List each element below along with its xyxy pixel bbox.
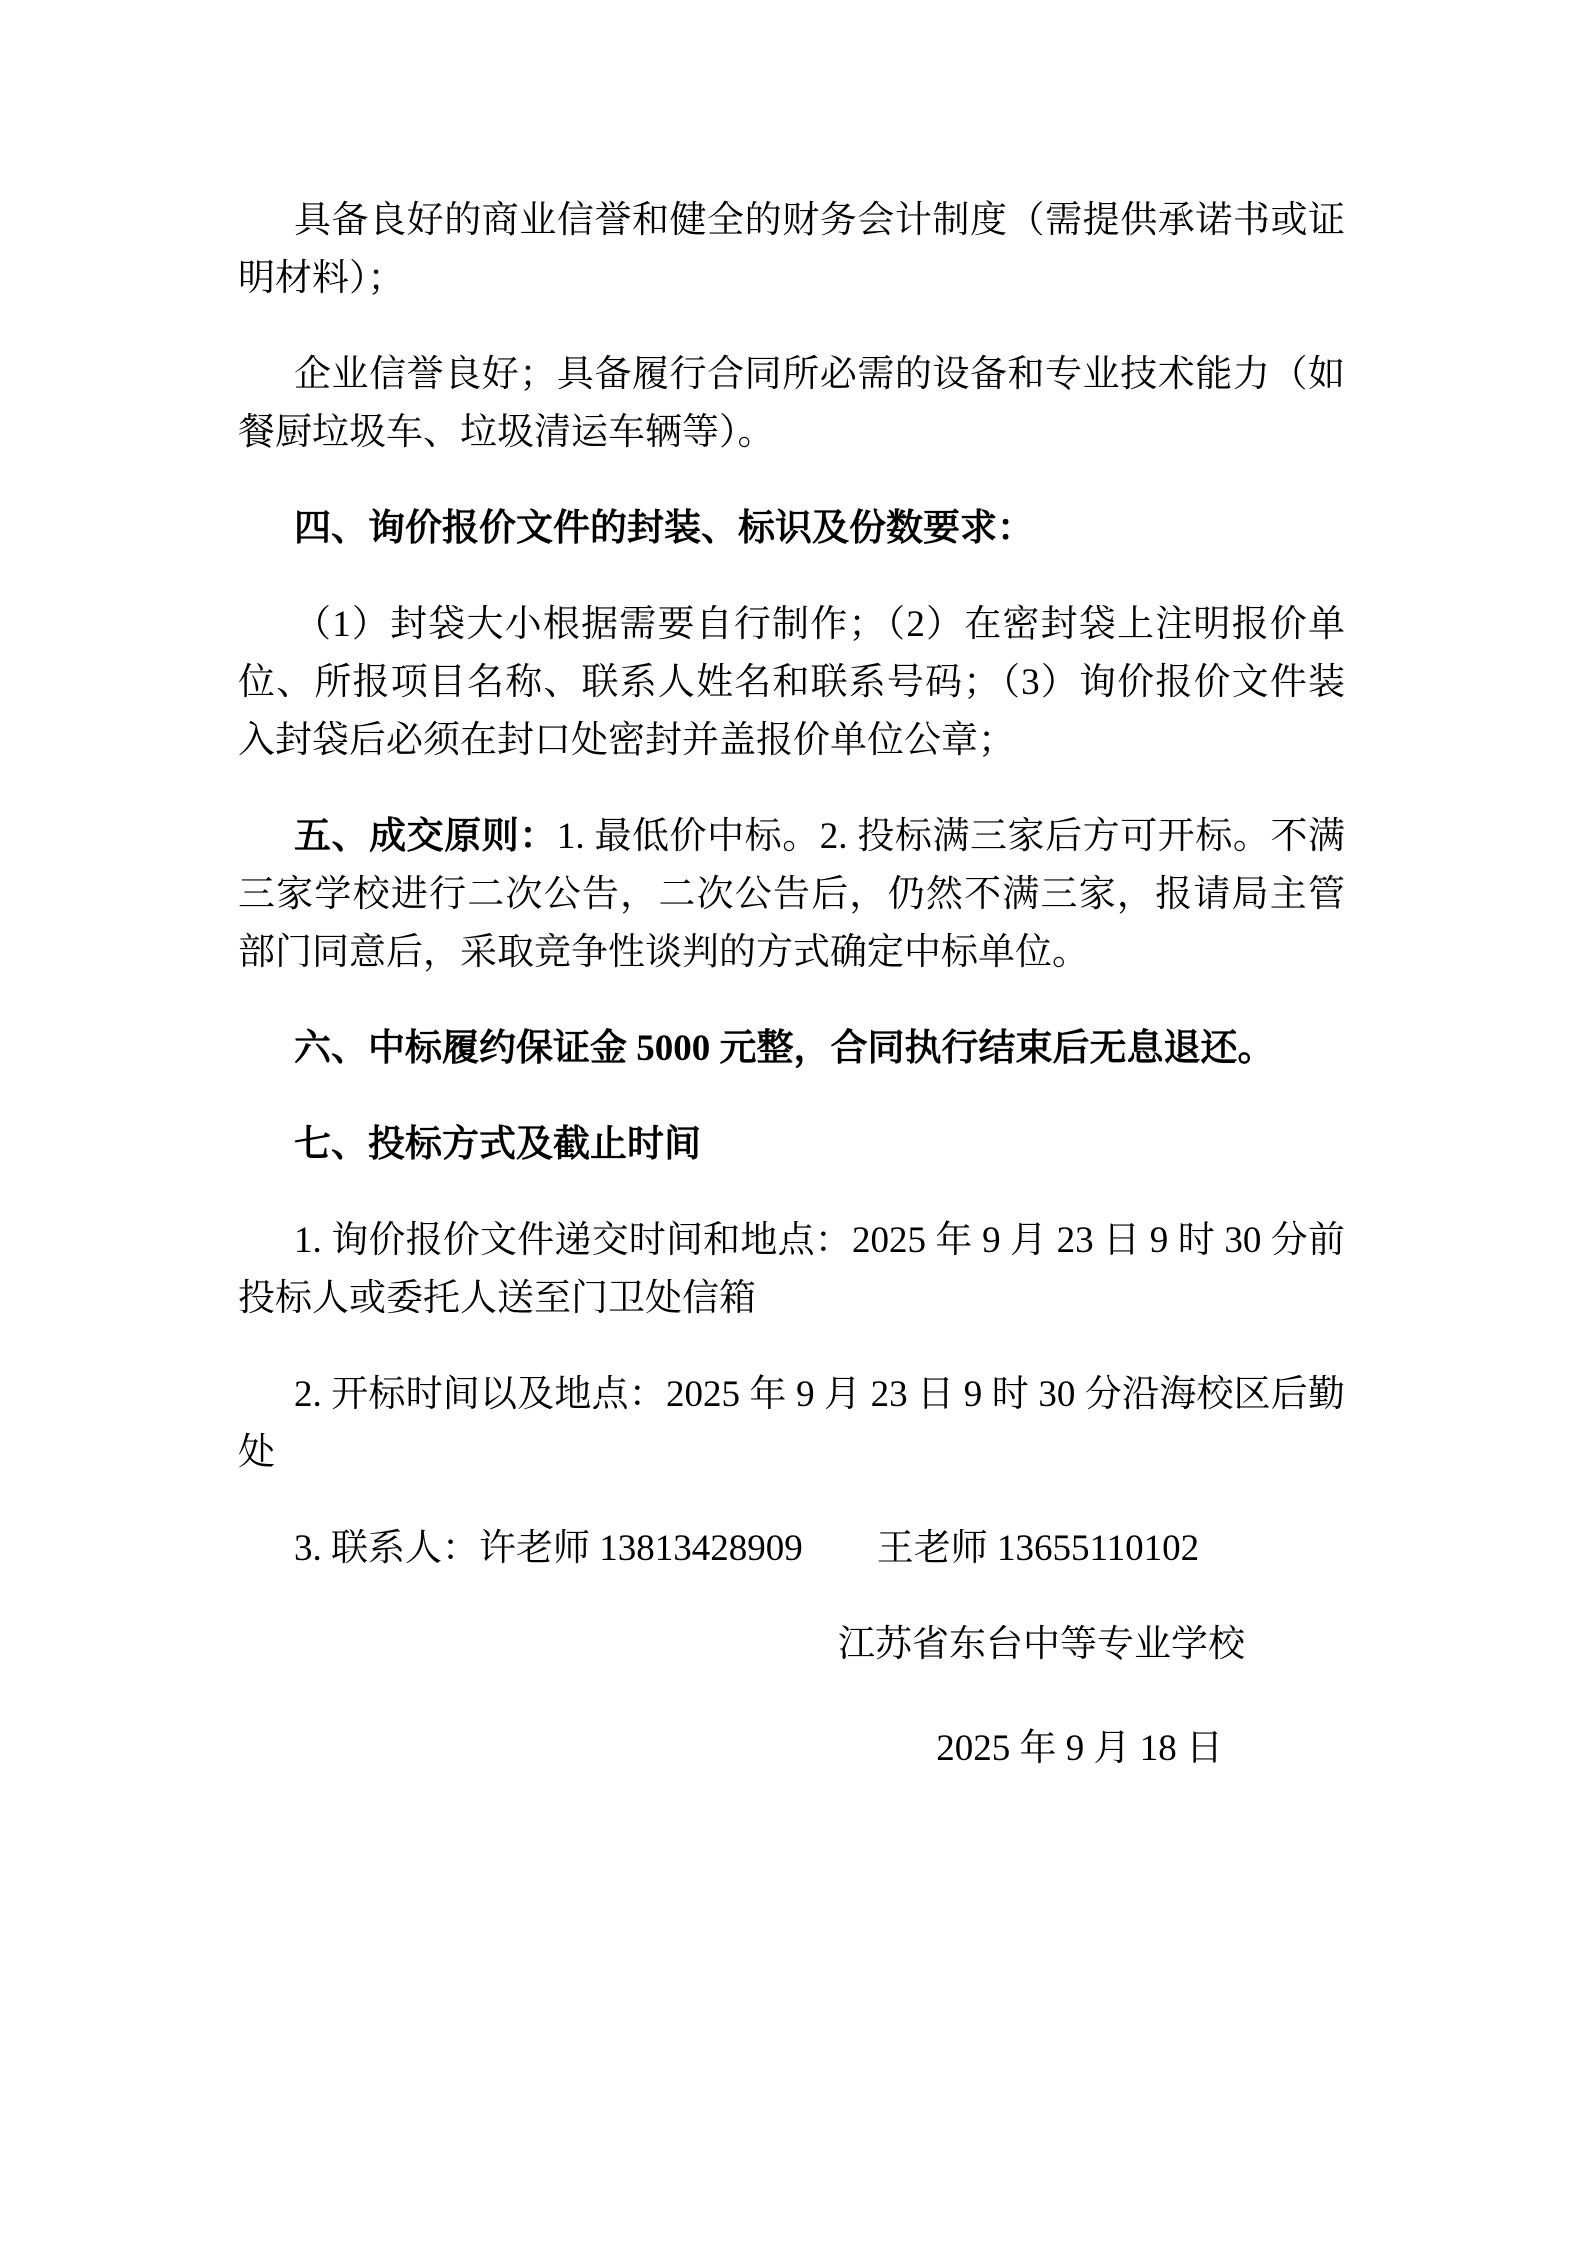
para-bid-opening: 2. 开标时间以及地点：2025 年 9 月 23 日 9 时 30 分沿海校区… xyxy=(238,1366,1345,1482)
signature-date: 2025 年 9 月 18 日 xyxy=(238,1720,1345,1778)
para-contacts: 3. 联系人：许老师 13813428909 王老师 13655110102 xyxy=(238,1520,1345,1578)
document-page: 具备良好的商业信誉和健全的财务会计制度（需提供承诺书或证明材料）； 企业信誉良好… xyxy=(0,0,1587,2245)
heading-section-four-packaging: 四、询价报价文件的封装、标识及份数要求： xyxy=(238,500,1345,558)
award-principles-lead: 五、成交原则： xyxy=(294,816,557,857)
signature-school-name: 江苏省东台中等专业学校 xyxy=(238,1616,1345,1674)
para-performance-bond: 六、中标履约保证金 5000 元整，合同执行结束后无息退还。 xyxy=(238,1020,1345,1078)
heading-section-seven-bid-method: 七、投标方式及截止时间 xyxy=(238,1116,1345,1174)
para-equipment-requirement: 企业信誉良好；具备履行合同所必需的设备和专业技术能力（如餐厨垃圾车、垃圾清运车辆… xyxy=(238,346,1345,462)
para-submission-deadline: 1. 询价报价文件递交时间和地点：2025 年 9 月 23 日 9 时 30 … xyxy=(238,1212,1345,1328)
para-credit-requirement: 具备良好的商业信誉和健全的财务会计制度（需提供承诺书或证明材料）； xyxy=(238,192,1345,308)
document-body: 具备良好的商业信誉和健全的财务会计制度（需提供承诺书或证明材料）； 企业信誉良好… xyxy=(238,192,1345,1778)
para-packaging-requirements: （1）封袋大小根据需要自行制作；（2）在密封袋上注明报价单位、所报项目名称、联系… xyxy=(238,596,1345,770)
para-award-principles: 五、成交原则：1. 最低价中标。2. 投标满三家后方可开标。不满三家学校进行二次… xyxy=(238,808,1345,982)
